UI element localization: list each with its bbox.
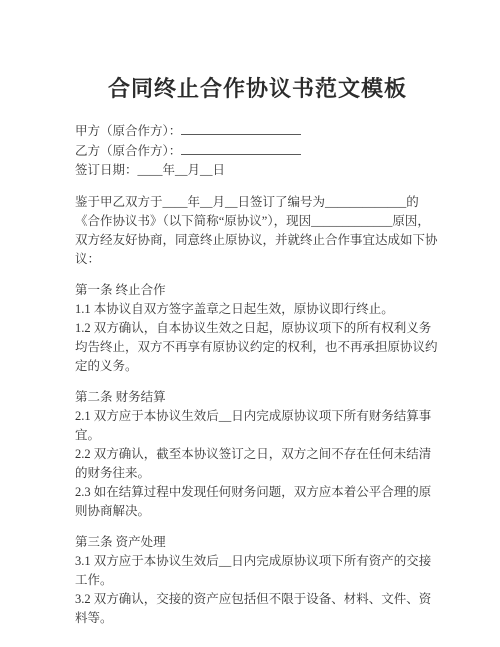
clause-1-1: 1.1 本协议自双方签字盖章之日起生效，原协议即行终止。 bbox=[75, 300, 440, 319]
clause-2-3: 2.3 如在结算过程中发现任何财务问题，双方应本着公平合理的原则协商解决。 bbox=[75, 483, 440, 521]
section-asset-handling: 第三条 资产处理 3.1 双方应于本协议生效后__日内完成原协议项下所有资产的交… bbox=[75, 533, 440, 628]
preamble-paragraph: 鉴于甲乙双方于____年__月__日签订了编号为_____________的《合… bbox=[75, 193, 440, 269]
section-financial-settlement: 第二条 财务结算 2.1 双方应于本协议生效后__日内完成原协议项下所有财务结算… bbox=[75, 388, 440, 521]
section-heading: 第三条 资产处理 bbox=[75, 533, 440, 552]
clause-2-2: 2.2 双方确认，截至本协议签订之日，双方之间不存在任何未结清的财务往来。 bbox=[75, 445, 440, 483]
sign-date-line: 签订日期：____年__月__日 bbox=[75, 161, 440, 180]
document-title: 合同终止合作协议书范文模板 bbox=[75, 74, 440, 104]
clause-2-1: 2.1 双方应于本协议生效后__日内完成原协议项下所有财务结算事宜。 bbox=[75, 407, 440, 445]
section-heading: 第二条 财务结算 bbox=[75, 388, 440, 407]
clause-3-1: 3.1 双方应于本协议生效后__日内完成原协议项下所有资产的交接工作。 bbox=[75, 552, 440, 590]
party-b-blank-line bbox=[181, 141, 301, 155]
party-b-line: 乙方（原合作方）： bbox=[75, 141, 440, 161]
clause-1-2: 1.2 双方确认，自本协议生效之日起，原协议项下的所有权利义务均告终止，双方不再… bbox=[75, 319, 440, 376]
header-fields: 甲方（原合作方）： 乙方（原合作方）： 签订日期：____年__月__日 bbox=[75, 121, 440, 180]
section-termination: 第一条 终止合作 1.1 本协议自双方签字盖章之日起生效，原协议即行终止。 1.… bbox=[75, 281, 440, 376]
clause-3-2: 3.2 双方确认，交接的资产应包括但不限于设备、材料、文件、资料等。 bbox=[75, 590, 440, 628]
party-a-line: 甲方（原合作方）： bbox=[75, 121, 440, 141]
party-a-label: 甲方（原合作方）： bbox=[75, 124, 181, 138]
section-heading: 第一条 终止合作 bbox=[75, 281, 440, 300]
party-b-label: 乙方（原合作方）： bbox=[75, 144, 181, 158]
party-a-blank-line bbox=[181, 121, 301, 135]
contract-document-page: 合同终止合作协议书范文模板 甲方（原合作方）： 乙方（原合作方）： 签订日期：_… bbox=[0, 0, 500, 647]
